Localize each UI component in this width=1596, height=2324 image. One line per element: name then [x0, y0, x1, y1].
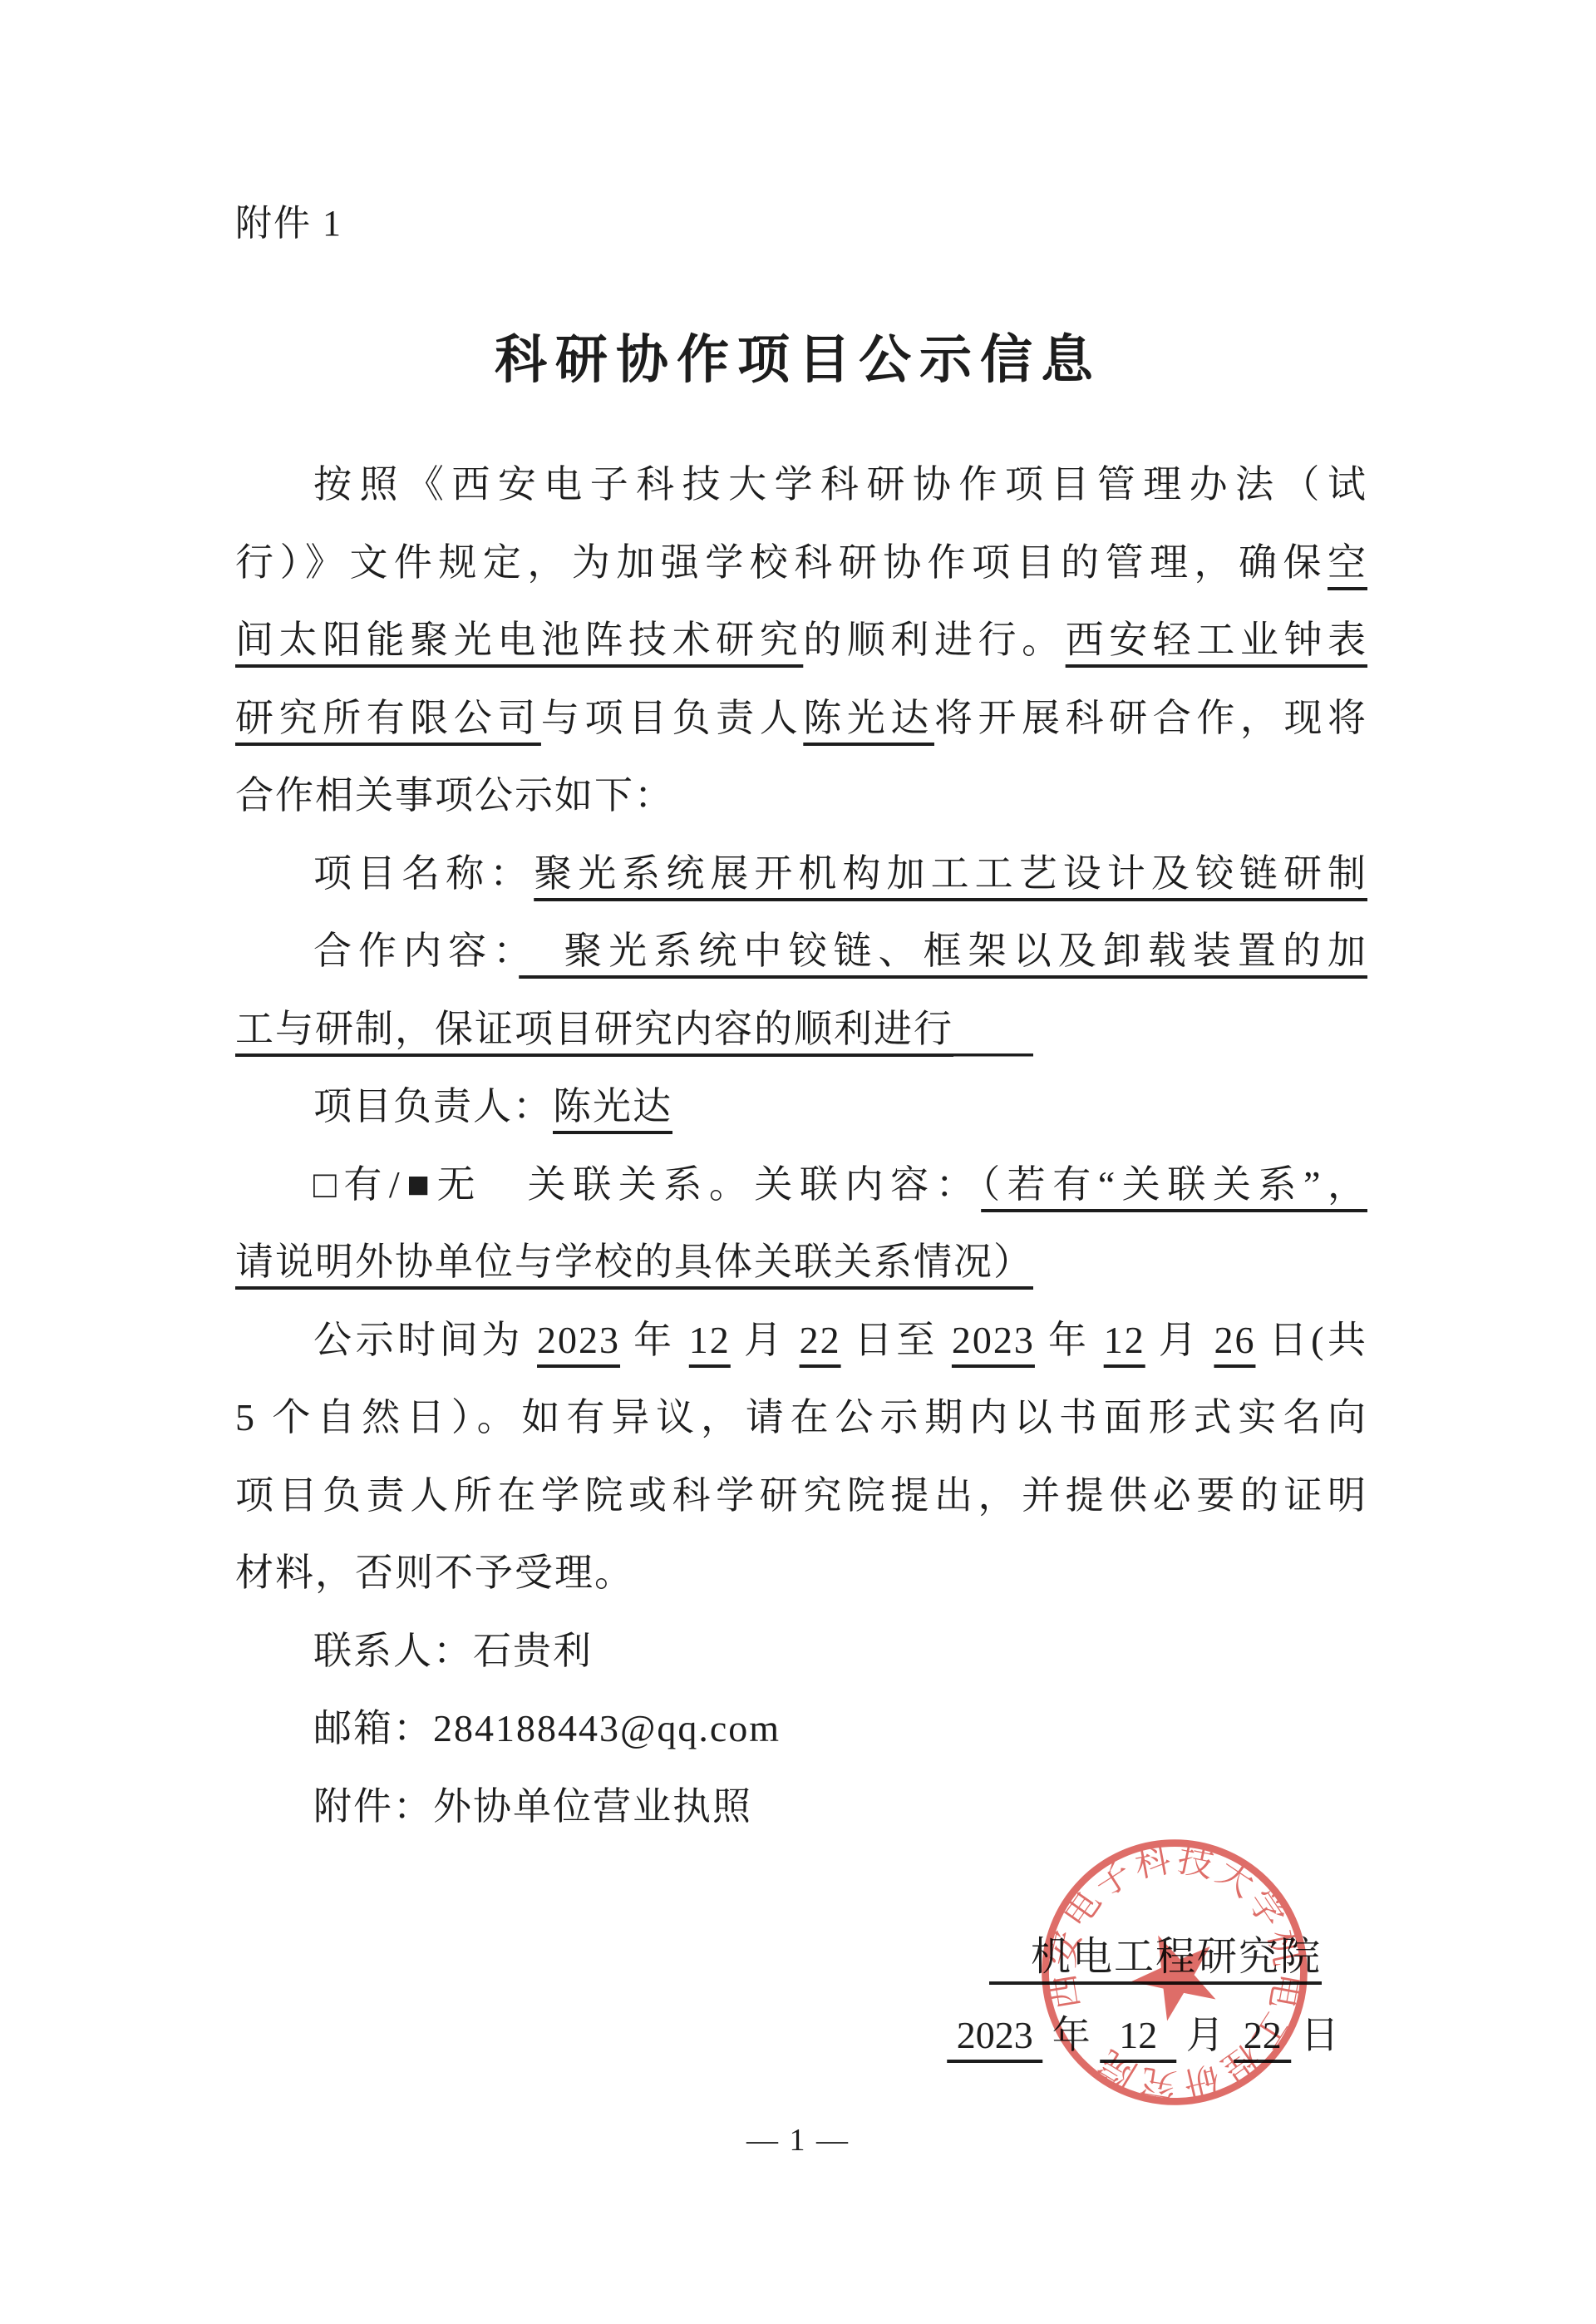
- body-line: 5 个自然日）。如有异议，请在公示期内以书面形式实名向: [235, 1379, 1367, 1457]
- body-line-segment: 材料，否则不予受理。: [235, 1552, 634, 1594]
- body-line-segment: 合作内容：: [313, 930, 519, 972]
- body-line: 间太阳能聚光电池阵技术研究的顺利进行。西安轻工业钟表: [235, 601, 1367, 679]
- body-line-segment: 陈光达: [803, 697, 934, 739]
- body-line-segment: 将开展科研合作，现将: [934, 697, 1367, 739]
- body-line-segment: 月: [1145, 1319, 1214, 1361]
- body-line-segment: 项目负责人：: [313, 1085, 553, 1127]
- body-line: 公示时间为 2023 年 12 月 22 日至 2023 年 12 月 26 日…: [235, 1301, 1367, 1379]
- attachment-label: 附件 1: [235, 193, 342, 246]
- body-line-segment: 5 个自然日）。如有异议，请在公示期内以书面形式实名向: [235, 1396, 1367, 1438]
- body-line-segment: 26: [1214, 1319, 1255, 1361]
- body-line-segment: 行）》文件规定，为加强学校科研协作项目的管理，确保: [235, 541, 1328, 584]
- body-line-segment: 联系人：石贵利: [313, 1630, 593, 1672]
- body-line: 行）》文件规定，为加强学校科研协作项目的管理，确保空: [235, 524, 1367, 602]
- body-line-segment: 22: [800, 1319, 841, 1361]
- page-number: — 1 —: [0, 2122, 1596, 2159]
- body-line-segment: 年: [1035, 1319, 1104, 1361]
- official-red-seal-stamp: 西安电子科技大学机电工程研究院: [1005, 1803, 1344, 2142]
- document-title: 科研协作项目公示信息: [0, 318, 1596, 393]
- document-body: 按照《西安电子科技大学科研协作项目管理办法（试行）》文件规定，为加强学校科研协作…: [235, 446, 1367, 1845]
- body-line-segment: 西安轻工业钟表: [1066, 619, 1367, 661]
- body-line-segment: 项目名称：: [313, 852, 534, 895]
- body-line: 联系人：石贵利: [235, 1612, 1367, 1690]
- body-line-segment: 邮箱：284188443@qq.com: [313, 1707, 781, 1749]
- body-line: 项目名称：聚光系统展开机构加工工艺设计及铰链研制: [235, 835, 1367, 913]
- body-line-segment: 公示时间为: [313, 1319, 537, 1361]
- body-line-segment: 研究所有限公司: [235, 697, 541, 739]
- body-line: 项目负责人：陈光达: [235, 1068, 1367, 1146]
- body-line-segment: 间太阳能聚光电池阵技术研究: [235, 619, 803, 661]
- body-line: 研究所有限公司与项目负责人陈光达将开展科研合作，现将: [235, 679, 1367, 757]
- body-line-segment: 2023: [952, 1319, 1035, 1361]
- body-line-segment: 年: [620, 1319, 689, 1361]
- body-line: 邮箱：284188443@qq.com: [235, 1690, 1367, 1768]
- body-line-segment: 2023: [537, 1319, 620, 1361]
- body-line-segment: □有/■无 关联关系。关联内容：: [313, 1163, 981, 1206]
- body-line-segment: （若有“关联关系”，: [981, 1163, 1367, 1206]
- body-line-segment: 项目负责人所在学院或科学研究院提出，并提供必要的证明: [235, 1474, 1367, 1517]
- body-line: 材料，否则不予受理。: [235, 1534, 1367, 1612]
- body-line-segment: 的顺利进行。: [803, 619, 1065, 661]
- body-line-segment: 聚光系统中铰链、框架以及卸载装置的加: [519, 930, 1367, 972]
- body-line-segment: 聚光系统展开机构加工工艺设计及铰链研制: [534, 852, 1367, 895]
- body-line-segment: 月: [731, 1319, 800, 1361]
- document-page: 附件 1 科研协作项目公示信息 按照《西安电子科技大学科研协作项目管理办法（试行…: [0, 0, 1596, 2324]
- body-line-segment: 工与研制，保证项目研究内容的顺利进行: [235, 1008, 953, 1050]
- star-icon: [1119, 1918, 1231, 2028]
- body-line: □有/■无 关联关系。关联内容：（若有“关联关系”，: [235, 1146, 1367, 1224]
- body-line-segment: 12: [689, 1319, 731, 1361]
- body-line-segment: 空: [1328, 541, 1367, 584]
- body-line-segment: 12: [1104, 1319, 1145, 1361]
- body-line-segment: 日(共: [1255, 1319, 1367, 1361]
- body-line-segment: 合作相关事项公示如下：: [235, 774, 674, 817]
- body-line: 合作相关事项公示如下：: [235, 757, 1367, 835]
- body-line: 合作内容： 聚光系统中铰链、框架以及卸载装置的加: [235, 912, 1367, 990]
- body-line-segment: 与项目负责人: [541, 697, 803, 739]
- body-line: 工与研制，保证项目研究内容的顺利进行: [235, 990, 1367, 1068]
- body-line: 请说明外协单位与学校的具体关联关系情况）: [235, 1223, 1367, 1301]
- body-line: 按照《西安电子科技大学科研协作项目管理办法（试: [235, 446, 1367, 524]
- body-line-segment: 按照《西安电子科技大学科研协作项目管理办法（试: [313, 463, 1367, 506]
- body-line-segment: [953, 1008, 1033, 1050]
- body-line-segment: 请说明外协单位与学校的具体关联关系情况）: [235, 1241, 1033, 1283]
- body-line: 项目负责人所在学院或科学研究院提出，并提供必要的证明: [235, 1457, 1367, 1535]
- body-line-segment: 附件：外协单位营业执照: [313, 1785, 752, 1828]
- body-line-segment: 日至: [841, 1319, 952, 1361]
- body-line-segment: 陈光达: [553, 1085, 672, 1127]
